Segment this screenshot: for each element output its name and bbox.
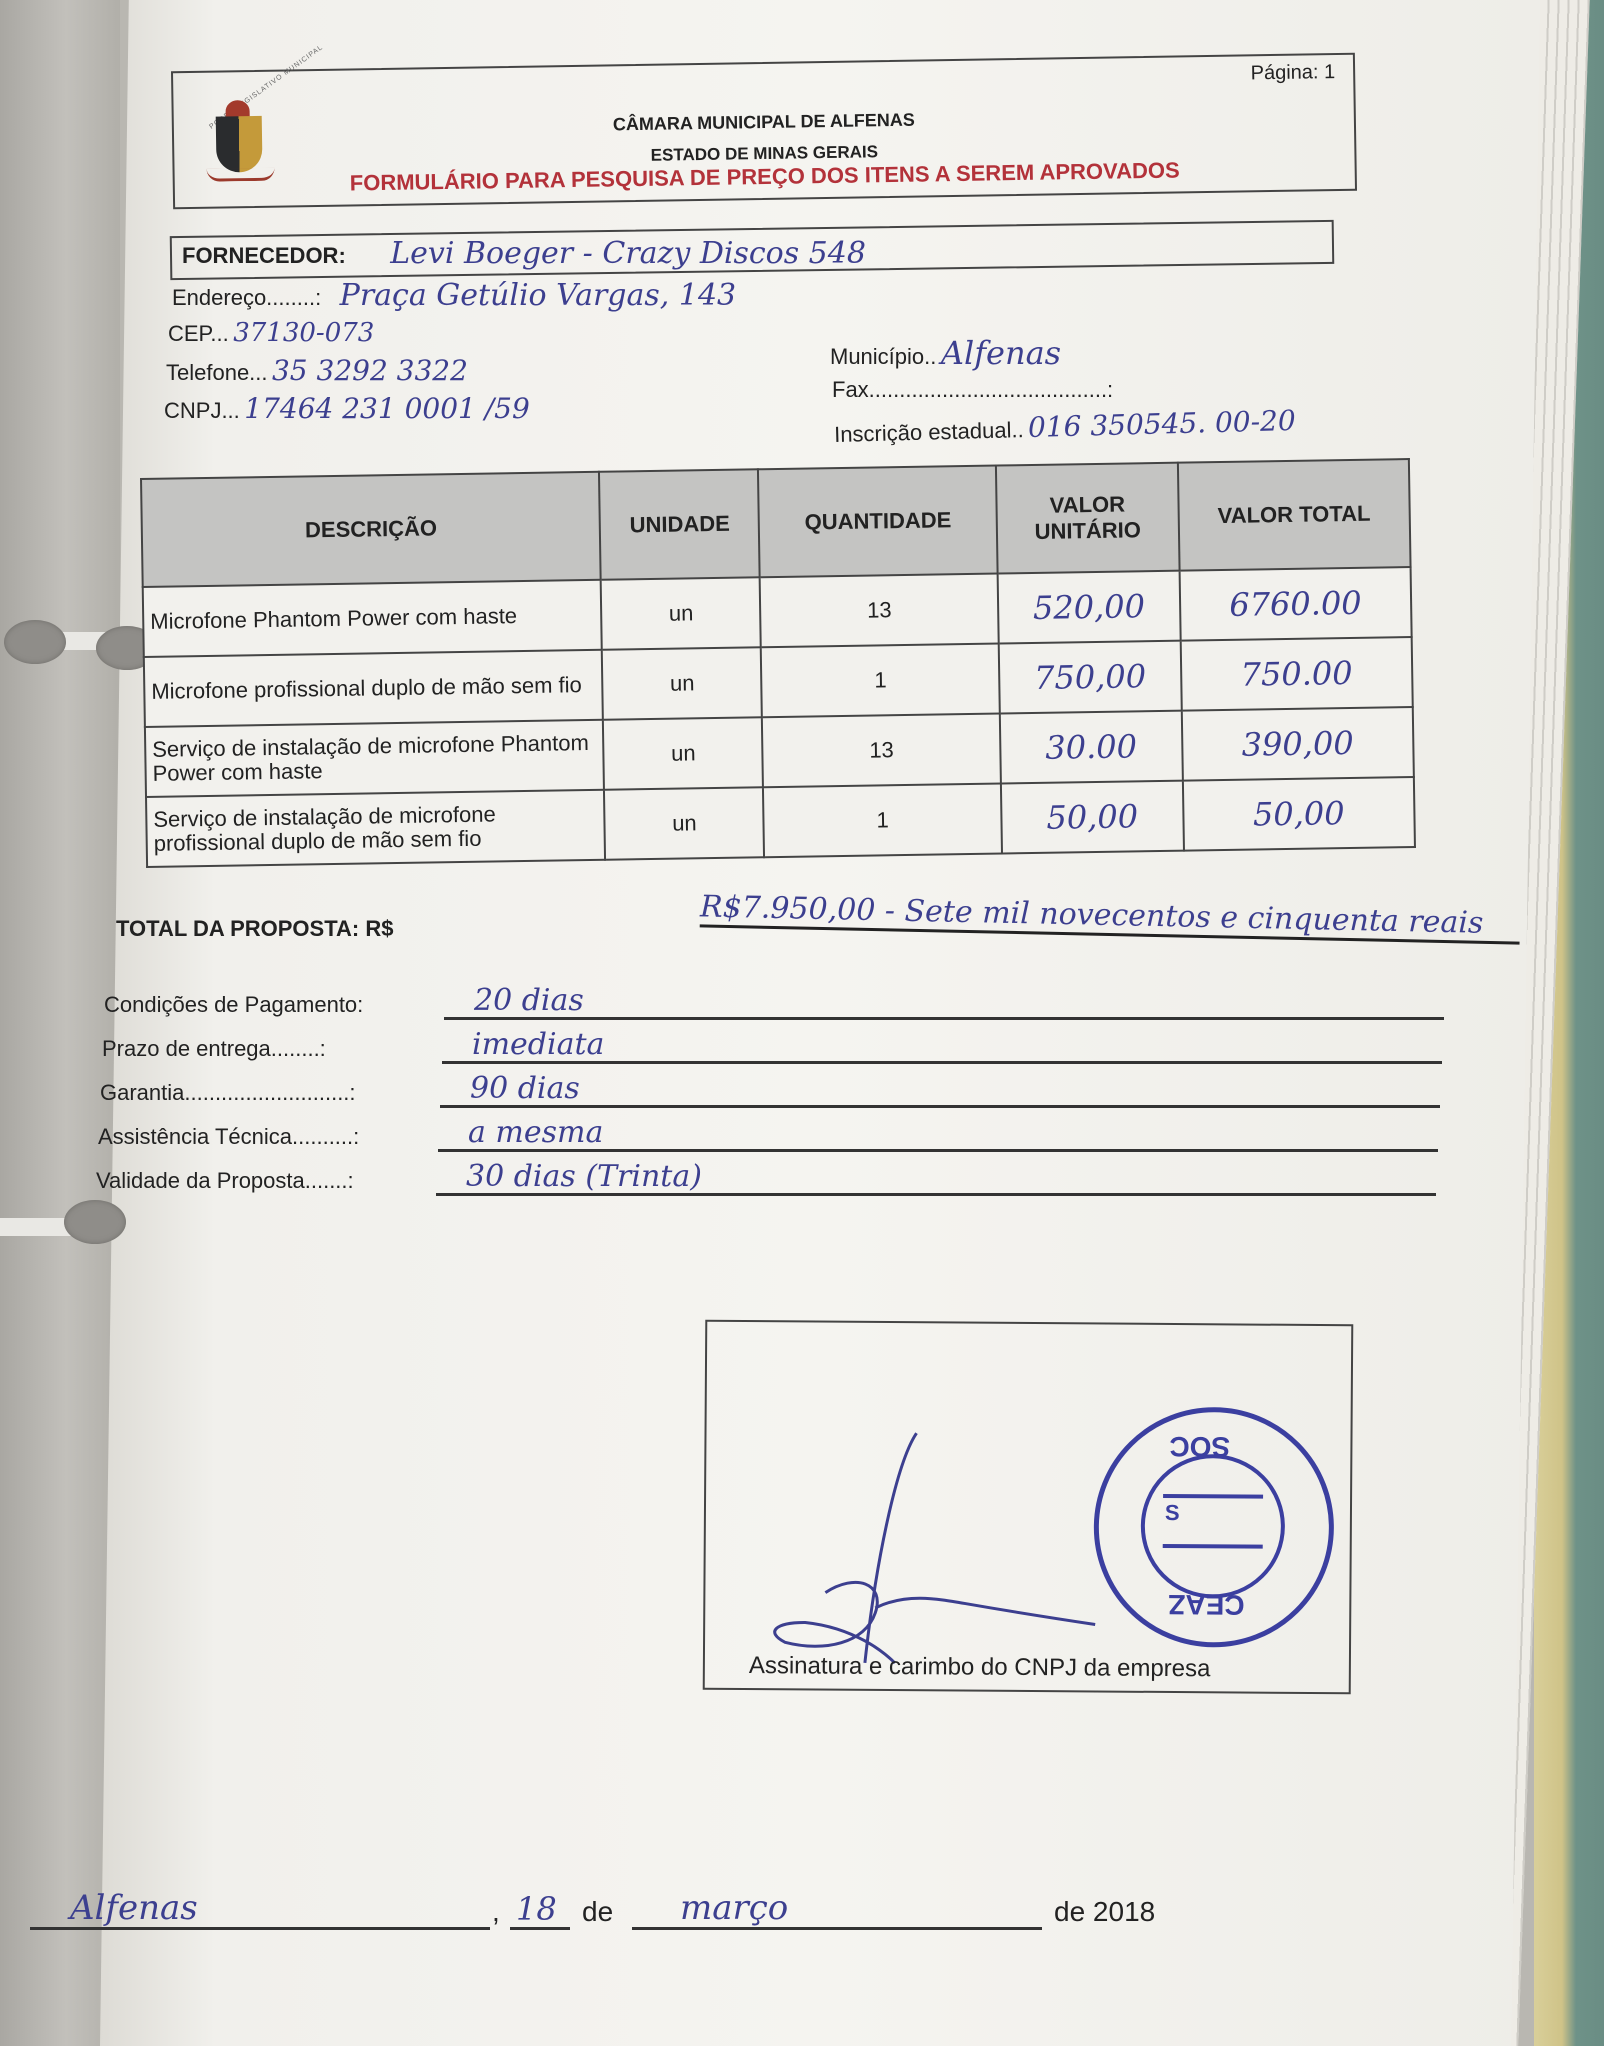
date-month[interactable]: março bbox=[680, 1888, 788, 1928]
phone-label: Telefone... bbox=[166, 360, 268, 385]
binder-hole bbox=[64, 1200, 126, 1244]
cell-unidade: un bbox=[601, 577, 761, 649]
municipality-label: Município.. bbox=[830, 344, 936, 369]
cell-descricao: Microfone profissional duplo de mão sem … bbox=[144, 650, 603, 727]
phone-value[interactable]: 35 3292 3322 bbox=[272, 354, 468, 387]
cell-valor-total[interactable]: 6760.00 bbox=[1179, 567, 1411, 641]
signature-box: SOC S CEAZ Assinatura e carimbo do CNPJ … bbox=[703, 1320, 1354, 1695]
cell-valor-unitario[interactable]: 520,00 bbox=[998, 571, 1181, 644]
supplier-field: FORNECEDOR: Levi Boeger - Crazy Discos 5… bbox=[182, 236, 866, 271]
cell-valor-total[interactable]: 50,00 bbox=[1183, 777, 1415, 851]
cell-valor-unitario[interactable]: 50,00 bbox=[1001, 781, 1184, 854]
col-valor-total: VALOR TOTAL bbox=[1178, 459, 1411, 571]
date-line: Alfenas , 18 de março de 2018 bbox=[30, 1878, 1190, 1938]
cell-descricao: Serviço de instalação de microfone Phant… bbox=[145, 720, 604, 797]
state-registration-label: Inscrição estadual.. bbox=[834, 417, 1024, 447]
col-descricao: DESCRIÇÃO bbox=[141, 472, 601, 587]
municipality-field: Município.. Alfenas bbox=[830, 334, 1061, 372]
condition-row: Garantia...........................:90 d… bbox=[100, 1072, 1440, 1112]
cell-valor-unitario[interactable]: 750,00 bbox=[999, 641, 1182, 714]
cell-descricao: Microfone Phantom Power com haste bbox=[143, 580, 602, 657]
cell-descricao: Serviço de instalação de microfone profi… bbox=[146, 790, 605, 867]
cnpj-value[interactable]: 17464 231 0001 /59 bbox=[244, 392, 530, 425]
cell-valor-total[interactable]: 750.00 bbox=[1180, 637, 1412, 711]
phone-field: Telefone... 35 3292 3322 bbox=[166, 354, 468, 387]
condition-value[interactable]: 20 dias bbox=[474, 983, 584, 1018]
cell-quantidade: 13 bbox=[760, 574, 999, 648]
condition-label: Assistência Técnica..........: bbox=[98, 1124, 359, 1150]
date-year: de 2018 bbox=[1054, 1896, 1155, 1928]
cell-quantidade: 1 bbox=[761, 644, 1000, 718]
date-comma: , bbox=[492, 1896, 500, 1928]
table-header-row: DESCRIÇÃO UNIDADE QUANTIDADE VALOR UNITÁ… bbox=[141, 459, 1411, 587]
col-quantidade: QUANTIDADE bbox=[758, 466, 997, 578]
condition-label: Prazo de entrega........: bbox=[102, 1036, 326, 1062]
address-label: Endereço........: bbox=[172, 285, 321, 310]
date-de: de bbox=[582, 1896, 613, 1928]
col-valor-unitario: VALOR UNITÁRIO bbox=[996, 463, 1179, 574]
fax-label: Fax.....................................… bbox=[832, 377, 1113, 402]
condition-label: Condições de Pagamento: bbox=[104, 992, 363, 1018]
page-number: Página: 1 bbox=[1250, 61, 1335, 85]
adjacent-page bbox=[0, 0, 120, 2046]
items-table: DESCRIÇÃO UNIDADE QUANTIDADE VALOR UNITÁ… bbox=[140, 458, 1416, 868]
cell-valor-unitario[interactable]: 30.00 bbox=[1000, 711, 1183, 784]
condition-value[interactable]: 90 dias bbox=[470, 1071, 580, 1106]
fax-field: Fax.....................................… bbox=[832, 374, 1113, 404]
condition-value[interactable]: 30 dias (Trinta) bbox=[466, 1159, 702, 1194]
institution-name: CÂMARA MUNICIPAL DE ALFENAS bbox=[174, 103, 1354, 143]
cell-unidade: un bbox=[604, 787, 764, 859]
condition-row: Prazo de entrega........:imediata bbox=[102, 1028, 1442, 1068]
cep-label: CEP... bbox=[168, 321, 229, 346]
binder-hole bbox=[4, 620, 66, 664]
condition-underline bbox=[444, 1017, 1444, 1020]
col-unidade: UNIDADE bbox=[599, 469, 760, 579]
cell-unidade: un bbox=[602, 647, 762, 719]
condition-label: Validade da Proposta.......: bbox=[96, 1168, 354, 1194]
signature-label: Assinatura e carimbo do CNPJ da empresa bbox=[749, 1652, 1211, 1683]
cnpj-field: CNPJ... 17464 231 0001 /59 bbox=[164, 392, 530, 425]
condition-label: Garantia...........................: bbox=[100, 1080, 356, 1106]
condition-underline bbox=[440, 1105, 1440, 1108]
cep-value[interactable]: 37130-073 bbox=[233, 318, 374, 348]
condition-row: Validade da Proposta.......:30 dias (Tri… bbox=[96, 1160, 1436, 1200]
municipality-value[interactable]: Alfenas bbox=[941, 334, 1061, 372]
cell-unidade: un bbox=[603, 717, 763, 789]
cell-quantidade: 1 bbox=[763, 784, 1002, 858]
supplier-label: FORNECEDOR: bbox=[182, 243, 346, 268]
condition-row: Assistência Técnica..........:a mesma bbox=[98, 1116, 1438, 1156]
address-value[interactable]: Praça Getúlio Vargas, 143 bbox=[340, 278, 736, 313]
address-field: Endereço........: Praça Getúlio Vargas, … bbox=[172, 278, 736, 313]
supplier-value[interactable]: Levi Boeger - Crazy Discos 548 bbox=[390, 236, 866, 271]
state-registration-value[interactable]: 016 350545. 00-20 bbox=[1028, 404, 1297, 444]
condition-value[interactable]: imediata bbox=[472, 1027, 604, 1062]
cnpj-label: CNPJ... bbox=[164, 398, 240, 423]
company-stamp: SOC S CEAZ bbox=[1093, 1406, 1335, 1648]
stamp-center-text: S bbox=[1165, 1500, 1180, 1526]
date-city[interactable]: Alfenas bbox=[70, 1888, 198, 1928]
total-label: TOTAL DA PROPOSTA: R$ bbox=[116, 916, 393, 942]
cep-field: CEP... 37130-073 bbox=[168, 318, 374, 348]
cell-quantidade: 13 bbox=[762, 714, 1001, 788]
cell-valor-total[interactable]: 390,00 bbox=[1181, 707, 1413, 781]
condition-row: Condições de Pagamento:20 dias bbox=[104, 984, 1444, 1024]
signature-scribble-icon bbox=[765, 1422, 1107, 1674]
stamp-bottom-text: CEAZ bbox=[1168, 1588, 1244, 1621]
date-day[interactable]: 18 bbox=[516, 1890, 557, 1928]
form-header: PODER LEGISLATIVO MUNICIPAL Página: 1 CÂ… bbox=[171, 53, 1357, 210]
condition-value[interactable]: a mesma bbox=[468, 1115, 603, 1150]
